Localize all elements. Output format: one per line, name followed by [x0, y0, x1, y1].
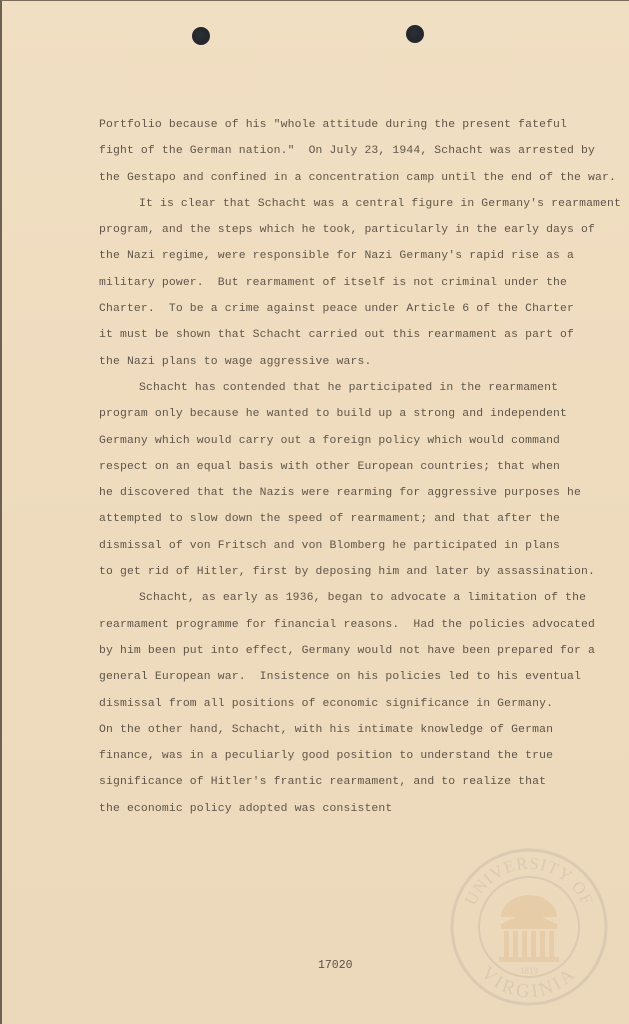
text-line: general European war. Insistence on his …: [99, 667, 619, 693]
page-number: 17020: [318, 959, 353, 972]
text-line: military power. But rearmament of itself…: [99, 273, 619, 299]
text-line: fight of the German nation." On July 23,…: [99, 141, 619, 167]
text-line: to get rid of Hitler, first by deposing …: [99, 562, 619, 588]
text-line: dismissal of von Fritsch and von Blomber…: [99, 536, 619, 562]
punch-hole-left: [192, 27, 210, 45]
text-line: the Gestapo and confined in a concentrat…: [99, 168, 619, 194]
text-line: Charter. To be a crime against peace und…: [99, 299, 619, 325]
text-line: it must be shown that Schacht carried ou…: [99, 325, 619, 351]
text-line: rearmament programme for financial reaso…: [99, 615, 619, 641]
punch-hole-right: [406, 25, 424, 43]
text-line: he discovered that the Nazis were rearmi…: [99, 483, 619, 509]
text-line: the Nazi plans to wage aggressive wars.: [99, 352, 619, 378]
text-line: It is clear that Schacht was a central f…: [99, 194, 619, 220]
university-seal-watermark-icon: UNIVERSITY OF VIRGINIA 1819: [449, 847, 609, 1007]
text-line: finance, was in a peculiarly good positi…: [99, 746, 619, 772]
text-line: Schacht has contended that he participat…: [99, 378, 619, 404]
text-line: dismissal from all positions of economic…: [99, 694, 619, 720]
text-line: respect on an equal basis with other Eur…: [99, 457, 619, 483]
document-page: Portfolio because of his "whole attitude…: [0, 0, 629, 1024]
typed-text-body: Portfolio because of his "whole attitude…: [99, 115, 619, 825]
text-line: attempted to slow down the speed of rear…: [99, 509, 619, 535]
text-line: Portfolio because of his "whole attitude…: [99, 115, 619, 141]
text-line: the economic policy adopted was consiste…: [99, 799, 619, 825]
text-line: by him been put into effect, Germany wou…: [99, 641, 619, 667]
text-line: program, and the steps which he took, pa…: [99, 220, 619, 246]
text-line: Schacht, as early as 1936, began to advo…: [99, 588, 619, 614]
svg-text:1819: 1819: [520, 966, 539, 976]
text-line: Germany which would carry out a foreign …: [99, 431, 619, 457]
text-line: program only because he wanted to build …: [99, 404, 619, 430]
text-line: the Nazi regime, were responsible for Na…: [99, 246, 619, 272]
text-line: On the other hand, Schacht, with his int…: [99, 720, 619, 746]
text-line: significance of Hitler's frantic rearmam…: [99, 772, 619, 798]
